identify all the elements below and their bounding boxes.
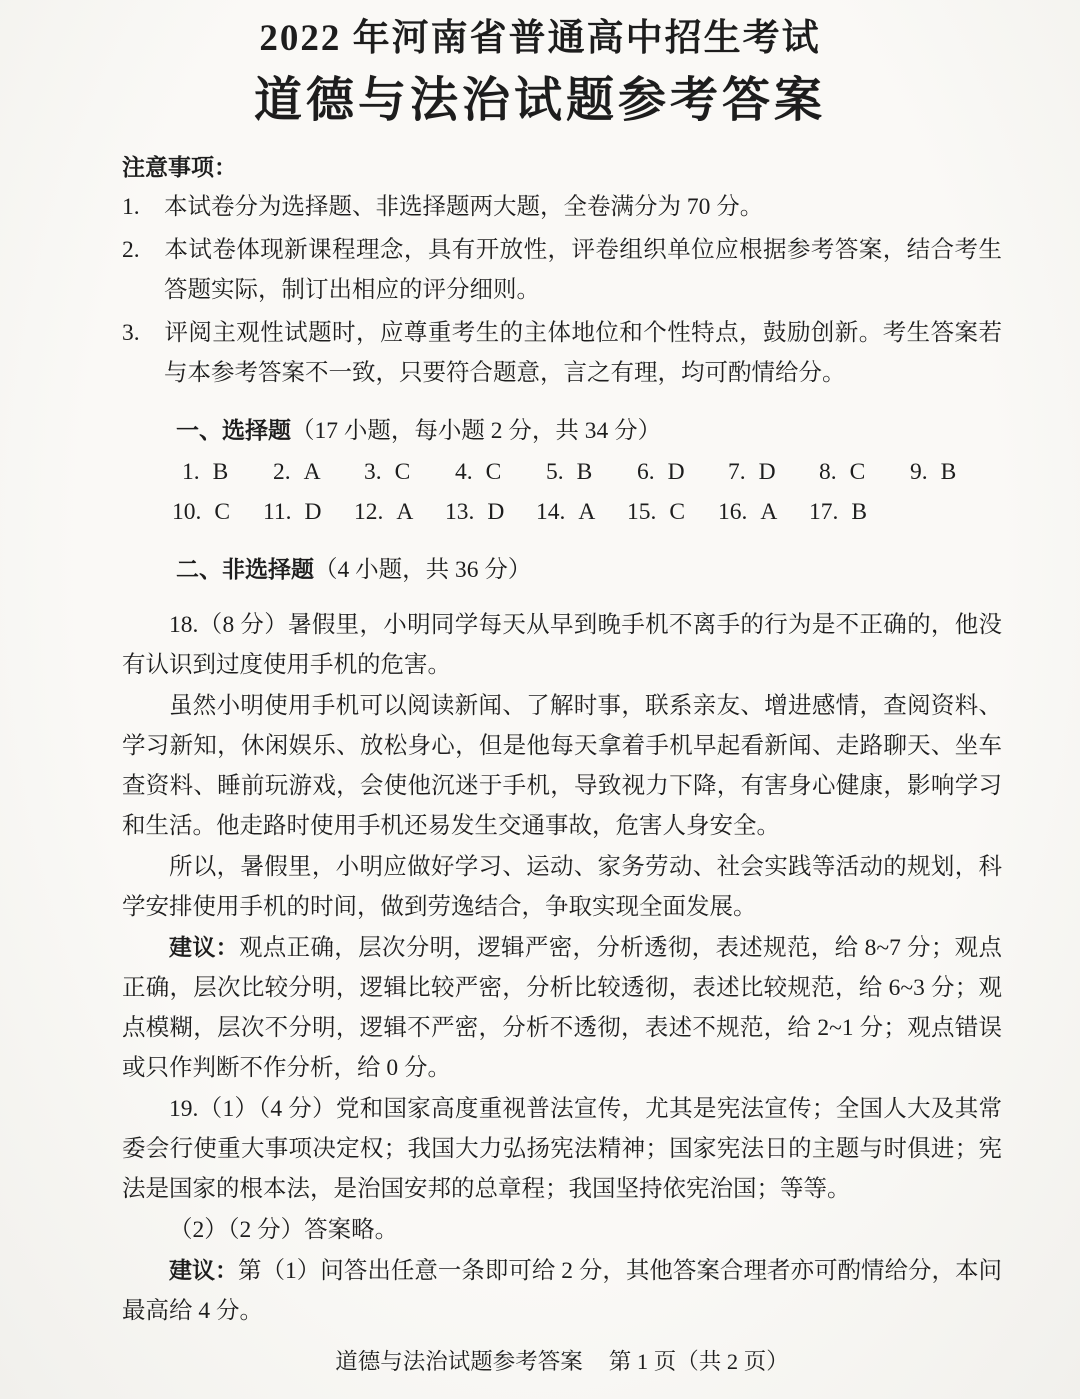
- q18-paragraph-1: 18.（8 分）暑假里，小明同学每天从早到晚手机不离手的行为是不正确的，他没有认…: [122, 604, 1002, 685]
- section2-heading-title: 二、非选择题: [176, 556, 314, 582]
- question-18-answer: 18.（8 分）暑假里，小明同学每天从早到晚手机不离手的行为是不正确的，他没有认…: [122, 604, 1002, 1088]
- note-text: 本试卷体现新课程理念，具有开放性，评卷组织单位应根据参考答案，结合考生答题实际，…: [164, 237, 1002, 303]
- answer-cell-11: 11.D: [263, 492, 354, 532]
- answer-cell-10: 10.C: [172, 492, 263, 532]
- q19-paragraph-2: （2）（2 分）答案略。: [122, 1209, 1002, 1250]
- answer-cell-12: 12.A: [354, 492, 445, 532]
- q19-paragraph-1: 19.（1）（4 分）党和国家高度重视普法宣传，尤其是宪法宣传；全国人大及其常委…: [122, 1088, 1002, 1209]
- section1-heading-detail: （17 小题，每小题 2 分，共 34 分）: [291, 418, 661, 444]
- page-content: 注意事项： 1.本试卷分为选择题、非选择题两大题，全卷满分为 70 分。 2.本…: [0, 150, 1080, 1381]
- note-number: 3.: [122, 313, 164, 353]
- answer-cell-14: 14.A: [536, 492, 627, 532]
- answer-cell-17: 17.B: [809, 492, 900, 532]
- choice-answers-row-1: 1.B 2.A 3.C 4.C 5.B 6.D 7.D 8.C 9.B: [182, 452, 1002, 492]
- answer-cell-2: 2.A: [273, 452, 364, 492]
- section2-heading-detail: （4 小题，共 36 分）: [314, 557, 531, 583]
- page-footer: 道德与法治试题参考答案第 1 页（共 2 页）: [122, 1343, 1002, 1381]
- scanned-answer-key-page: 2022 年河南省普通高中招生考试 道德与法治试题参考答案 注意事项： 1.本试…: [0, 0, 1080, 1399]
- note-item-3: 3.评阅主观性试题时，应尊重考生的主体地位和个性特点，鼓励创新。考生答案若与本参…: [122, 313, 1002, 393]
- note-number: 1.: [122, 187, 164, 227]
- answer-cell-5: 5.B: [546, 452, 637, 492]
- answer-cell-9: 9.B: [910, 452, 1001, 492]
- section1-heading-title: 一、选择题: [176, 417, 291, 443]
- footer-document-name: 道德与法治试题参考答案: [335, 1349, 583, 1374]
- note-text: 本试卷分为选择题、非选择题两大题，全卷满分为 70 分。: [164, 194, 763, 220]
- note-text: 评阅主观性试题时，应尊重考生的主体地位和个性特点，鼓励创新。考生答案若与本参考答…: [164, 320, 1002, 386]
- answer-cell-6: 6.D: [637, 452, 728, 492]
- answer-cell-3: 3.C: [364, 452, 455, 492]
- section2-heading: 二、非选择题（4 小题，共 36 分）: [176, 548, 1002, 591]
- q19-scoring-suggestion: 建议：第（1）问答出任意一条即可给 2 分，其他答案合理者亦可酌情给分，本问最高…: [122, 1250, 1002, 1331]
- document-title: 道德与法治试题参考答案: [0, 70, 1080, 132]
- q18-paragraph-3: 所以，暑假里，小明应做好学习、运动、家务劳动、社会实践等活动的规划，科学安排使用…: [122, 846, 1002, 927]
- q18-scoring-suggestion: 建议：观点正确，层次分明，逻辑严密，分析透彻，表述规范，给 8~7 分；观点正确…: [122, 927, 1002, 1088]
- note-item-2: 2.本试卷体现新课程理念，具有开放性，评卷组织单位应根据参考答案，结合考生答题实…: [122, 230, 1002, 310]
- choice-answers-row-2: 10.C 11.D 12.A 13.D 14.A 15.C 16.A 17.B: [172, 492, 1002, 532]
- q18-paragraph-2: 虽然小明使用手机可以阅读新闻、了解时事，联系亲友、增进感情，查阅资料、学习新知，…: [122, 685, 1002, 846]
- answer-cell-13: 13.D: [445, 492, 536, 532]
- answer-cell-7: 7.D: [728, 452, 819, 492]
- footer-page-number: 第 1 页（共 2 页）: [609, 1349, 789, 1374]
- answer-cell-1: 1.B: [182, 452, 273, 492]
- answer-cell-4: 4.C: [455, 452, 546, 492]
- answer-cell-16: 16.A: [718, 492, 809, 532]
- note-number: 2.: [122, 230, 164, 270]
- answer-cell-15: 15.C: [627, 492, 718, 532]
- answer-cell-8: 8.C: [819, 452, 910, 492]
- section1-heading: 一、选择题（17 小题，每小题 2 分，共 34 分）: [176, 409, 1002, 452]
- notes-heading: 注意事项：: [122, 150, 1002, 184]
- question-19-answer: 19.（1）（4 分）党和国家高度重视普法宣传，尤其是宪法宣传；全国人大及其常委…: [122, 1088, 1002, 1331]
- note-item-1: 1.本试卷分为选择题、非选择题两大题，全卷满分为 70 分。: [122, 187, 1002, 227]
- exam-title: 2022 年河南省普通高中招生考试: [0, 14, 1080, 64]
